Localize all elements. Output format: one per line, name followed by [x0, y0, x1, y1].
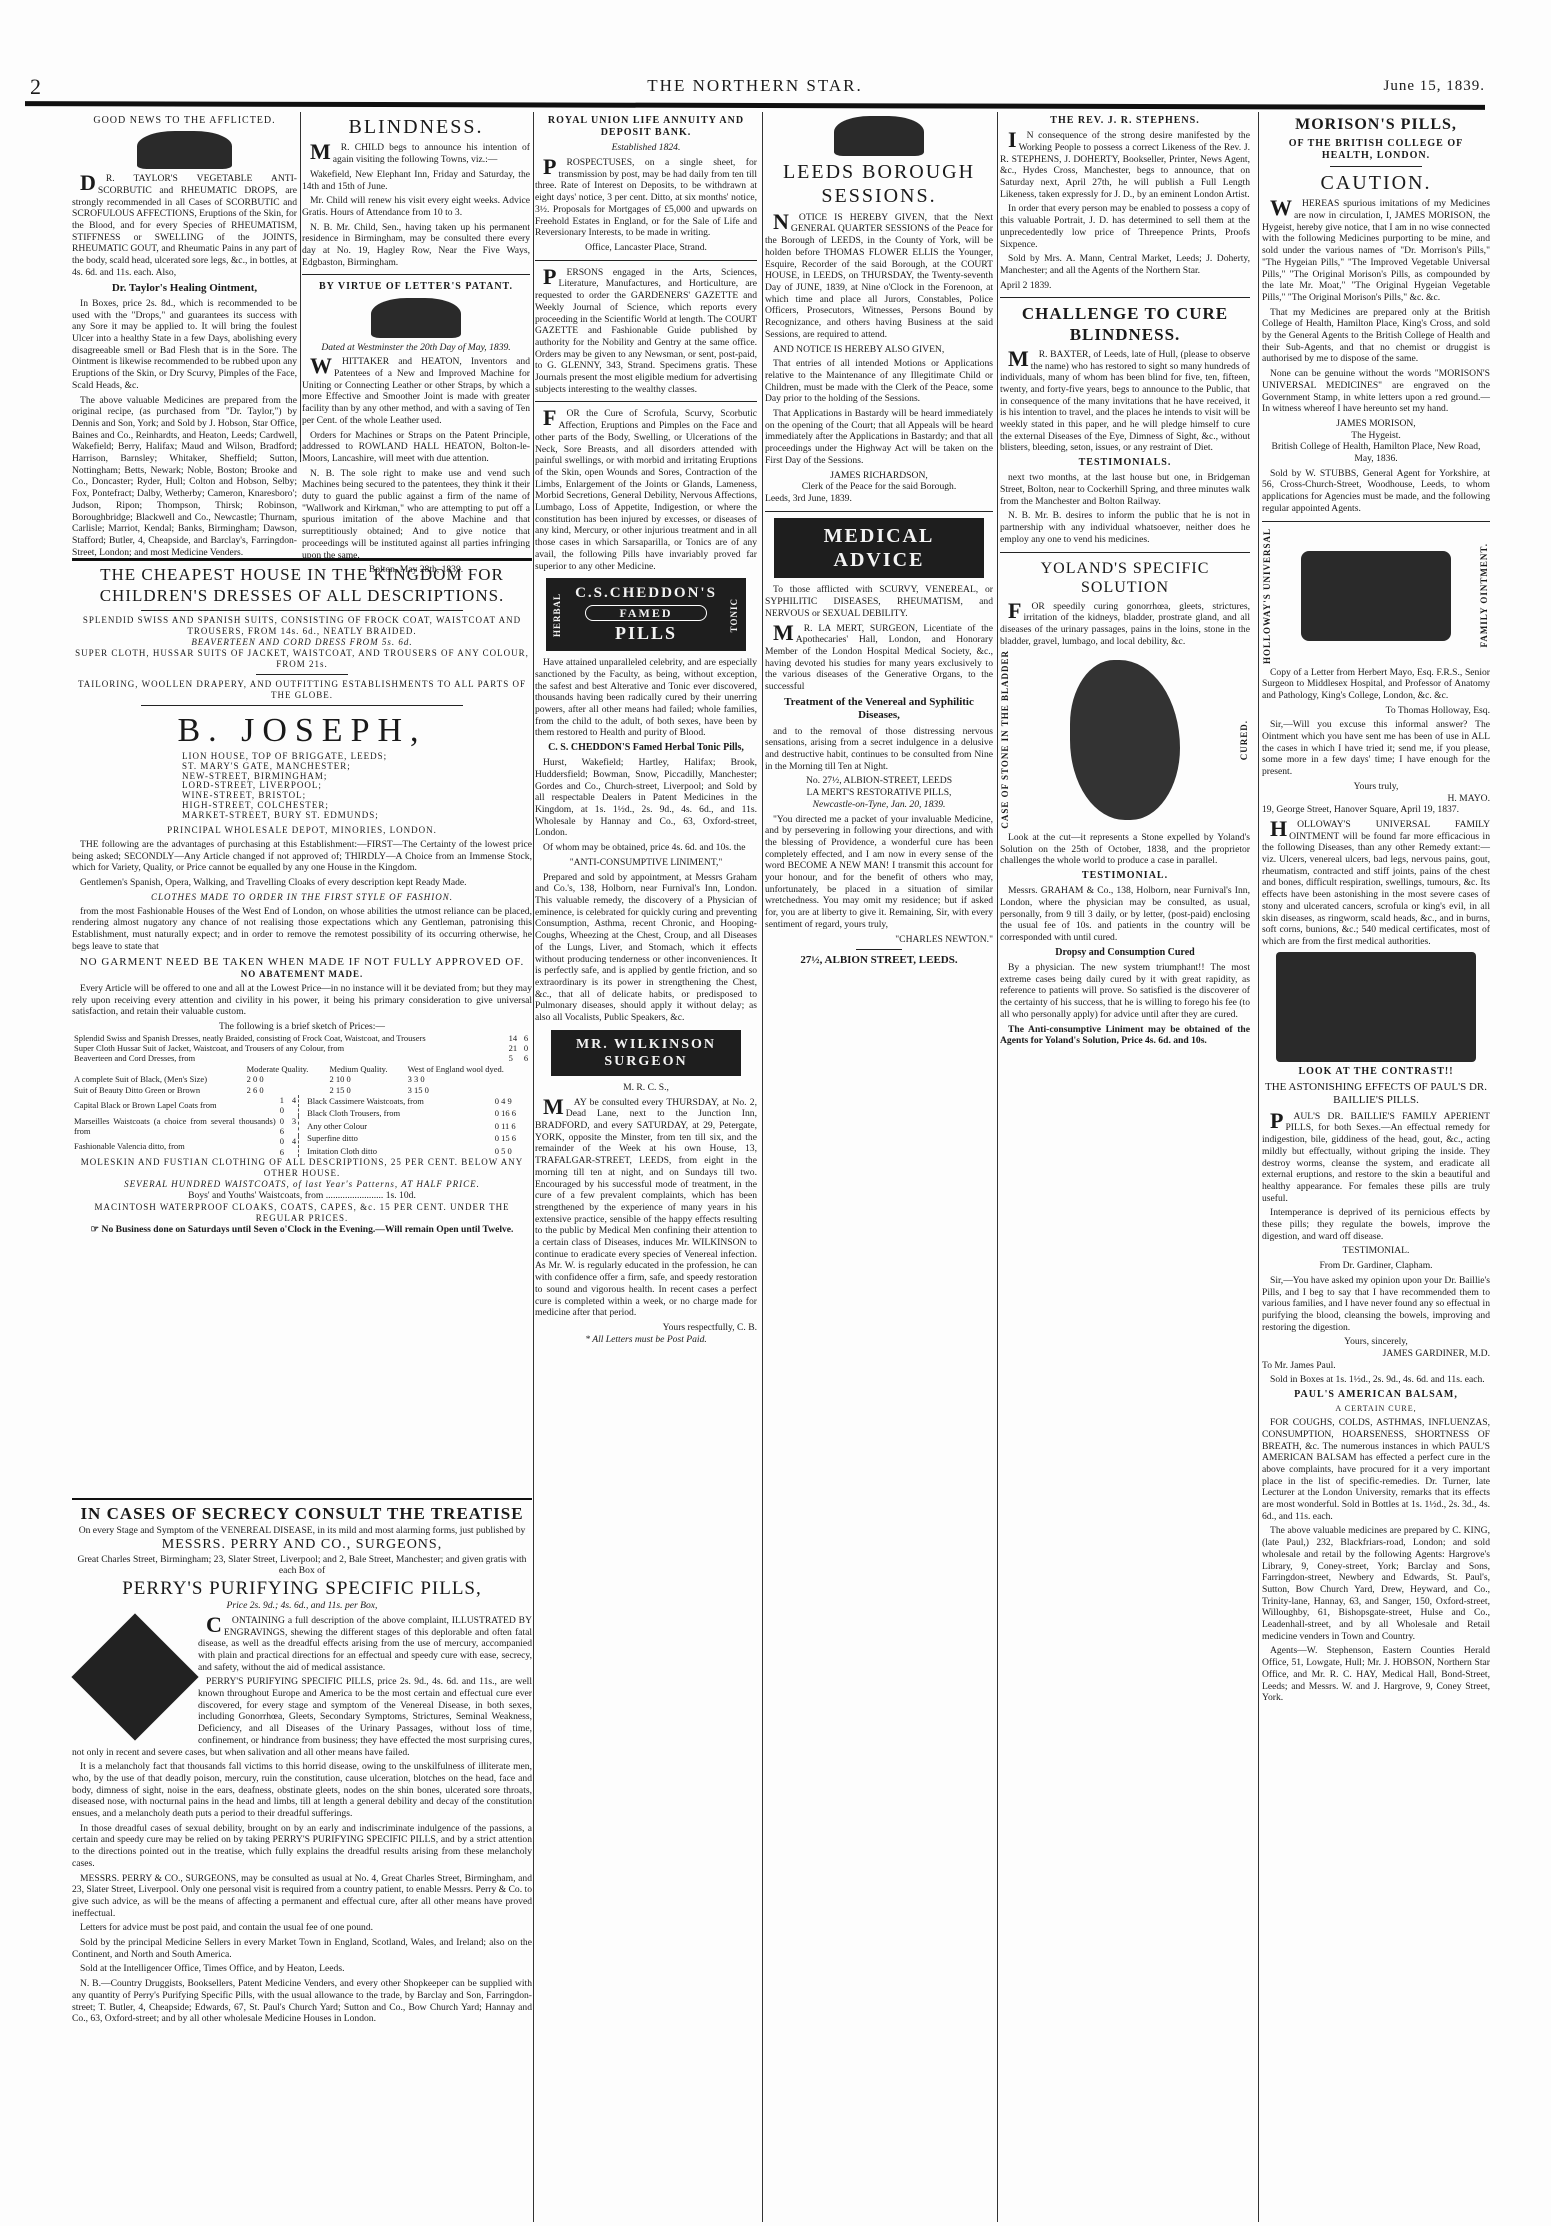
- masthead: 2 THE NORTHERN STAR. June 15, 1839.: [25, 74, 1485, 104]
- waistcoats-line: SEVERAL HUNDRED WAISTCOATS, of last Year…: [72, 1179, 532, 1190]
- baillie-text-2: Intemperance is deprived of its pernicio…: [1262, 1207, 1490, 1242]
- gardiner-to: To Mr. James Paul.: [1262, 1360, 1490, 1372]
- stone-illustration: CASE OF STONE IN THE BLADDER CURED.: [1000, 650, 1250, 829]
- liniment-heading: "ANTI-CONSUMPTIVE LINIMENT,": [535, 857, 757, 869]
- morison-sub: OF THE BRITISH COLLEGE OF HEALTH, LONDON…: [1262, 138, 1490, 162]
- table-row: Capital Black or Brown Lapel Coats from1…: [72, 1095, 299, 1116]
- table-row: Imitation Cloth ditto0 5 0: [305, 1145, 532, 1157]
- moleskin-line: MOLESKIN AND FUSTIAN CLOTHING OF ALL DES…: [72, 1157, 532, 1179]
- scrofula-text: FOR the Cure of Scrofula, Scurvy, Scorbu…: [535, 408, 757, 572]
- perry-advertisement: IN CASES OF SECRECY CONSULT THE TREATISE…: [72, 1498, 532, 2028]
- column-divider: [533, 112, 534, 2222]
- wilkinson-text: MAY be consulted every THURSDAY, at No. …: [535, 1097, 757, 1319]
- morison-address: British College of Health, Hamilton Plac…: [1262, 441, 1490, 464]
- table-row: Beaverteen and Cord Dresses, from56: [72, 1053, 532, 1063]
- boys-line: Boys' and Youths' Waistcoats, from .....…: [72, 1190, 532, 1202]
- letter-excerpt: "You directed me a packet of your invalu…: [765, 814, 993, 931]
- morison-sign: JAMES MORISON,: [1262, 418, 1490, 430]
- lamert-text: MR. LA MERT, SURGEON, Licentiate of the …: [765, 623, 993, 693]
- yoland-heading: YOLAND'S SPECIFIC SOLUTION: [1000, 559, 1250, 598]
- footer-address: 27½, ALBION STREET, LEEDS.: [765, 954, 993, 967]
- patent-heading: BY VIRTUE OF LETTER'S PATANT.: [302, 281, 530, 293]
- column-4: LEEDS BOROUGH SESSIONS. NOTICE IS HEREBY…: [765, 112, 993, 968]
- perry-body-6: Letters for advice must be post paid, an…: [72, 1922, 532, 1934]
- joseph-line-2: BEAVERTEEN AND CORD DRESS FROM 5s. 6d.: [72, 637, 532, 648]
- divider: [856, 949, 902, 950]
- cheddon-heading: C. S. CHEDDON'S Famed Herbal Tonic Pills…: [535, 742, 757, 754]
- baillie-heading: THE ASTONISHING EFFECTS OF PAUL'S DR. BA…: [1262, 1081, 1490, 1108]
- dropsy-heading: Dropsy and Consumption Cured: [1000, 947, 1250, 959]
- cheddon-banner-center: C.S.CHEDDON'S FAMED PILLS: [575, 584, 717, 645]
- sessions-text-3: That Applications in Bastardy will be he…: [765, 408, 993, 467]
- patent-nb: N. B. The sole right to make use and ven…: [302, 468, 530, 562]
- table-row: Super Cloth Hussar Suit of Jacket, Waist…: [72, 1043, 532, 1053]
- perry-body-3: It is a melancholy fact that thousands f…: [72, 1761, 532, 1820]
- newspaper-title: THE NORTHERN STAR.: [25, 76, 1485, 96]
- column-divider: [1258, 112, 1259, 2222]
- joseph-advertisement: THE CHEAPEST HOUSE IN THE KINGDOM FOR CH…: [72, 558, 532, 1235]
- balsam-text: FOR COUGHS, COLDS, ASTHMAS, INFLUENZAS, …: [1262, 1417, 1490, 1522]
- caution-heading: CAUTION.: [1262, 171, 1490, 195]
- medical-advice-banner: MEDICAL ADVICE: [774, 518, 984, 579]
- letter-sign: "CHARLES NEWTON.": [765, 934, 993, 946]
- blindness-renew: Mr. Child will renew his visit every eig…: [302, 195, 530, 218]
- blindness-intro: MR. CHILD begs to announce his intention…: [302, 142, 530, 165]
- sessions-text: NOTICE IS HEREBY GIVEN, that the Next GE…: [765, 212, 993, 341]
- table-row: Black Cassimere Waistcoats, from0 4 9: [305, 1095, 532, 1107]
- taylor-drops-text: DR. TAYLOR'S VEGETABLE ANTI-SCORBUTIC an…: [72, 173, 297, 278]
- divider: [141, 610, 463, 611]
- holloway-caption-left: HOLLOWAY'S UNIVERSAL: [1262, 528, 1273, 664]
- address-line: MARKET-STREET, BURY ST. EDMUNDS;: [182, 811, 532, 821]
- patent-dated: Dated at Westminster the 20th Day of May…: [302, 342, 530, 354]
- table-row: Any other Colour0 11 6: [305, 1120, 532, 1132]
- gardiner-sign: JAMES GARDINER, M.D.: [1262, 1348, 1490, 1360]
- perry-body-9: N. B.—Country Druggists, Booksellers, Pa…: [72, 1978, 532, 2025]
- baillie-text: PAUL'S DR. BAILLIE'S FAMILY APERIENT PIL…: [1262, 1111, 1490, 1205]
- column-divider: [300, 112, 301, 462]
- sessions-heading: LEEDS BOROUGH SESSIONS.: [765, 160, 993, 209]
- sessions-sign-title: Clerk of the Peace for the said Borough.: [765, 481, 993, 493]
- joseph-line-3: SUPER CLOTH, HUSSAR SUITS OF JACKET, WAI…: [72, 648, 532, 670]
- bolton-nb: N. B. Mr. B. desires to inform the publi…: [1000, 510, 1250, 545]
- lamert-text-2: and to the removal of those distressing …: [765, 726, 993, 773]
- table-row: Superfine ditto0 15 6: [305, 1132, 532, 1144]
- column-divider: [762, 112, 763, 2222]
- wilkinson-banner: MR. WILKINSON SURGEON: [551, 1030, 741, 1076]
- joseph-body-1: THE following are the advantages of purc…: [72, 839, 532, 874]
- yoland-testimonial-heading: TESTIMONIAL.: [1000, 870, 1250, 882]
- balsam-sub: A CERTAIN CURE,: [1262, 1404, 1490, 1414]
- table-row: Black Cloth Trousers, from0 16 6: [305, 1107, 532, 1119]
- left-items-table: Capital Black or Brown Lapel Coats from1…: [72, 1095, 299, 1157]
- gazette-text: PERSONS engaged in the Arts, Sciences, L…: [535, 267, 757, 396]
- holloway-caption-right: FAMILY OINTMENT.: [1479, 543, 1490, 648]
- bank-text: PROSPECTUSES, on a single sheet, for tra…: [535, 157, 757, 239]
- boxes-price: Sold in Boxes at 1s. 1½d., 2s. 9d., 4s. …: [1262, 1374, 1490, 1386]
- royal-arms-icon: [371, 298, 461, 338]
- blindness-nb: N. B. Mr. Child, Sen., having taken up h…: [302, 222, 530, 269]
- divider: [1330, 166, 1421, 167]
- stephens-sold: Sold by Mrs. A. Mann, Central Market, Le…: [1000, 253, 1250, 276]
- table-row: Suit of Beauty Ditto Green or Brown2 6 0…: [72, 1085, 532, 1095]
- king-agents: Agents—W. Stephenson, Eastern Counties H…: [1262, 1645, 1490, 1704]
- king-text: The above valuable medicines are prepare…: [1262, 1525, 1490, 1642]
- testimonials-heading: TESTIMONIALS.: [1000, 457, 1250, 469]
- wilkinson-sub: M. R. C. S.,: [535, 1082, 757, 1094]
- sessions-also: AND NOTICE IS HEREBY ALSO GIVEN,: [765, 344, 993, 356]
- blindness-heading: BLINDNESS.: [302, 115, 530, 139]
- family-scene-icon: [1301, 551, 1451, 641]
- bolton-text: next two months, at the last house but o…: [1000, 472, 1250, 507]
- gardiner-close: Yours, sincerely,: [1262, 1336, 1490, 1348]
- mayo-address: 19, George Street, Hanover Square, April…: [1262, 804, 1490, 816]
- divider: [1262, 521, 1490, 522]
- perry-body-4: In those dreadful cases of sexual debili…: [72, 1823, 532, 1870]
- perry-addresses: Great Charles Street, Birmingham; 23, Sl…: [72, 1554, 532, 1577]
- perry-firm: MESSRS. PERRY AND CO., SURGEONS,: [72, 1536, 532, 1553]
- sessions-text-2: That entries of all intended Motions or …: [765, 358, 993, 405]
- yoland-text: FOR speedily curing gonorrhœa, gleets, s…: [1000, 601, 1250, 648]
- stone-caption-right: CURED.: [1239, 720, 1250, 760]
- lamert-address: No. 27½, ALBION-STREET, LEEDS: [765, 775, 993, 787]
- divider: [535, 260, 757, 261]
- mayo-close: Yours truly,: [1262, 781, 1490, 793]
- price-table: Splendid Swiss and Spanish Dresses, neat…: [72, 1033, 532, 1064]
- patent-text: WHITTAKER and HEATON, Inventors and Pate…: [302, 356, 530, 426]
- bank-established: Established 1824.: [535, 142, 757, 154]
- joseph-name: B. JOSEPH,: [72, 710, 532, 751]
- table-row: Splendid Swiss and Spanish Dresses, neat…: [72, 1033, 532, 1043]
- joseph-body-3: from the most Fashionable Houses of the …: [72, 906, 532, 953]
- stephens-heading: THE REV. J. R. STEPHENS.: [1000, 115, 1250, 127]
- testimonial-text: Sir,—You have asked my opinion upon your…: [1262, 1275, 1490, 1334]
- divider: [535, 401, 757, 402]
- baillie-testimonial-heading: TESTIMONIAL.: [1262, 1245, 1490, 1257]
- joseph-depot: PRINCIPAL WHOLESALE DEPOT, MINORIES, LON…: [72, 825, 532, 836]
- divider: [141, 705, 463, 706]
- saturday-note: ☞ No Business done on Saturdays until Se…: [72, 1224, 532, 1236]
- column-6: MORISON'S PILLS, OF THE BRITISH COLLEGE …: [1262, 112, 1490, 1707]
- bank-heading: ROYAL UNION LIFE ANNUITY AND DEPOSIT BAN…: [535, 115, 757, 139]
- divider: [72, 1498, 532, 1500]
- testimonial-from: From Dr. Gardiner, Clapham.: [1262, 1260, 1490, 1272]
- perry-body-8: Sold at the Intelligencer Office, Times …: [72, 1963, 532, 1975]
- pointing-hand-icon: ☞: [91, 1224, 102, 1235]
- joseph-body-heading: CLOTHES MADE TO ORDER IN THE FIRST STYLE…: [72, 892, 532, 903]
- medical-intro: To those afflicted with SCURVY, VENEREAL…: [765, 584, 993, 619]
- price-intro: The following is a brief sketch of Price…: [72, 1021, 532, 1033]
- sessions-date: Leeds, 3rd June, 1839.: [765, 493, 993, 505]
- perry-sub: On every Stage and Symptom of the VENERE…: [72, 1525, 532, 1537]
- liniment-intro: Of whom may be obtained, price 4s. 6d. a…: [535, 842, 757, 854]
- caution-text: WHEREAS spurious imitations of my Medici…: [1262, 198, 1490, 303]
- table-row: Marseilles Waistcoats (a choice from sev…: [72, 1116, 299, 1137]
- dropsy-text: By a physician. The new system triumphan…: [1000, 962, 1250, 1021]
- joseph-no-abatement: NO ABATEMENT MADE.: [72, 969, 532, 980]
- joseph-heading: THE CHEAPEST HOUSE IN THE KINGDOM FOR CH…: [72, 565, 532, 606]
- stephens-text-2: In order that every person may be enable…: [1000, 203, 1250, 250]
- perry-product: PERRY'S PURIFYING SPECIFIC PILLS,: [72, 1577, 532, 1600]
- column-1: GOOD NEWS TO THE AFFLICTED. DR. TAYLOR'S…: [72, 112, 297, 561]
- perry-body-5: MESSRS. PERRY & CO., SURGEONS, may be co…: [72, 1873, 532, 1920]
- footer-note: * All Letters must be Post Paid.: [535, 1334, 757, 1346]
- perry-body-7: Sold by the principal Medicine Sellers i…: [72, 1937, 532, 1960]
- table-header: Moderate Quality.Medium Quality.West of …: [72, 1064, 532, 1074]
- table-row: Fashionable Valencia ditto, from0 4 6: [72, 1136, 299, 1157]
- balsam-heading: PAUL'S AMERICAN BALSAM,: [1262, 1389, 1490, 1401]
- challenge-heading: CHALLENGE TO CURE BLINDNESS.: [1000, 304, 1250, 345]
- joseph-addresses: LION HOUSE, TOP OF BRIGGATE, LEEDS; ST. …: [182, 752, 532, 821]
- mayo-letter: Sir,—Will you excuse this informal answe…: [1262, 719, 1490, 778]
- morison-agents: Sold by W. STUBBS, General Agent for Yor…: [1262, 468, 1490, 515]
- mayo-intro: Copy of a Letter from Herbert Mayo, Esq.…: [1262, 667, 1490, 702]
- joseph-body-4: Every Article will be offered to one and…: [72, 983, 532, 1018]
- joseph-guarantee: NO GARMENT NEED BE TAKEN WHEN MADE IF NO…: [72, 956, 532, 969]
- blindness-towns: Wakefield, New Elephant Inn, Friday and …: [302, 169, 530, 192]
- mayo-sign: H. MAYO.: [1262, 793, 1490, 805]
- right-items-table: Black Cassimere Waistcoats, from0 4 9 Bl…: [305, 1095, 532, 1157]
- ointment-heading: Dr. Taylor's Healing Ointment,: [72, 282, 297, 295]
- holloway-text: HOLLOWAY'S UNIVERSAL FAMILY OINTMENT wil…: [1262, 819, 1490, 948]
- caution-text-3: None can be genuine without the words "M…: [1262, 368, 1490, 415]
- stephens-date: April 2 1839.: [1000, 280, 1250, 292]
- divider: [765, 511, 993, 512]
- ointment-text: In Boxes, price 2s. 8d., which is recomm…: [72, 298, 297, 392]
- cheddon-agents: Hurst, Wakefield; Hartley, Halifax; Broo…: [535, 757, 757, 839]
- contrast-scene-icon: [1276, 952, 1476, 1062]
- treatment-heading: Treatment of the Venereal and Syphilitic…: [765, 696, 993, 723]
- joseph-line-1: SPLENDID SWISS AND SPANISH SUITS, CONSIS…: [72, 615, 532, 637]
- taylor-agents: The above valuable Medicines are prepare…: [72, 395, 297, 559]
- bladder-stone-icon: [1070, 660, 1180, 820]
- cheddon-text: Have attained unparalleled celebrity, an…: [535, 657, 757, 739]
- liniment-text: Prepared and sold by appointment, at Mes…: [535, 872, 757, 1024]
- morison-heading: MORISON'S PILLS,: [1262, 115, 1490, 135]
- cheddon-banner: HERBAL C.S.CHEDDON'S FAMED PILLS TONIC: [546, 578, 746, 651]
- column-divider: [997, 112, 998, 2222]
- letter-intro: Newcastle-on-Tyne, Jan. 20, 1839.: [765, 799, 993, 811]
- wilkinson-signature: Yours respectfully, C. B.: [535, 1322, 757, 1334]
- contrast-heading: LOOK AT THE CONTRAST!!: [1262, 1066, 1490, 1078]
- joseph-body-2: Gentlemen's Spanish, Opera, Walking, and…: [72, 877, 532, 889]
- divider: [302, 274, 530, 275]
- item-tables: Capital Black or Brown Lapel Coats from1…: [72, 1095, 532, 1157]
- column-5: THE REV. J. R. STEPHENS. IN consequence …: [1000, 112, 1250, 1050]
- column-2: BLINDNESS. MR. CHILD begs to announce hi…: [302, 112, 530, 576]
- morison-sign-title: The Hygeist.: [1262, 430, 1490, 442]
- perry-heading: IN CASES OF SECRECY CONSULT THE TREATISE: [72, 1504, 532, 1525]
- royal-arms-icon: [834, 116, 924, 156]
- suit-table: Moderate Quality.Medium Quality.West of …: [72, 1064, 532, 1095]
- divider: [1000, 552, 1250, 553]
- patent-orders: Orders for Machines or Straps on the Pat…: [302, 430, 530, 465]
- divider: [256, 674, 348, 675]
- graham-text: Messrs. GRAHAM & Co., 138, Holborn, near…: [1000, 885, 1250, 944]
- sessions-sign: JAMES RICHARDSON,: [765, 470, 993, 482]
- taylor-heading: GOOD NEWS TO THE AFFLICTED.: [72, 115, 297, 127]
- bank-office: Office, Lancaster Place, Strand.: [535, 242, 757, 254]
- divider: [72, 558, 532, 561]
- yoland-cut: Look at the cut—it represents a Stone ex…: [1000, 832, 1250, 867]
- baxter-text: MR. BAXTER, of Leeds, late of Hull, (ple…: [1000, 349, 1250, 454]
- joseph-line-4: TAILORING, WOOLLEN DRAPERY, AND OUTFITTI…: [72, 679, 532, 701]
- perry-price: Price 2s. 9d.; 4s. 6d., and 11s. per Box…: [72, 1600, 532, 1612]
- royal-arms-icon: [137, 131, 232, 169]
- issue-date: June 15, 1839.: [1384, 78, 1486, 95]
- stone-caption-left: CASE OF STONE IN THE BLADDER: [1000, 650, 1011, 829]
- table-row: A complete Suit of Black, (Men's Size)2 …: [72, 1074, 532, 1084]
- holloway-illustration: HOLLOWAY'S UNIVERSAL FAMILY OINTMENT.: [1262, 528, 1490, 664]
- mayo-to: To Thomas Holloway, Esq.: [1262, 705, 1490, 717]
- stephens-text: IN consequence of the strong desire mani…: [1000, 130, 1250, 200]
- restorative-heading: LA MERT'S RESTORATIVE PILLS,: [765, 787, 993, 799]
- divider: [1000, 297, 1250, 298]
- anticonsumptive-text: The Anti-consumptive Liniment may be obt…: [1000, 1024, 1250, 1047]
- column-3: ROYAL UNION LIFE ANNUITY AND DEPOSIT BAN…: [535, 112, 757, 1345]
- macintosh-line: MACINTOSH WATERPROOF CLOAKS, COATS, CAPE…: [72, 1202, 532, 1224]
- caution-text-2: That my Medicines are prepared only at t…: [1262, 307, 1490, 366]
